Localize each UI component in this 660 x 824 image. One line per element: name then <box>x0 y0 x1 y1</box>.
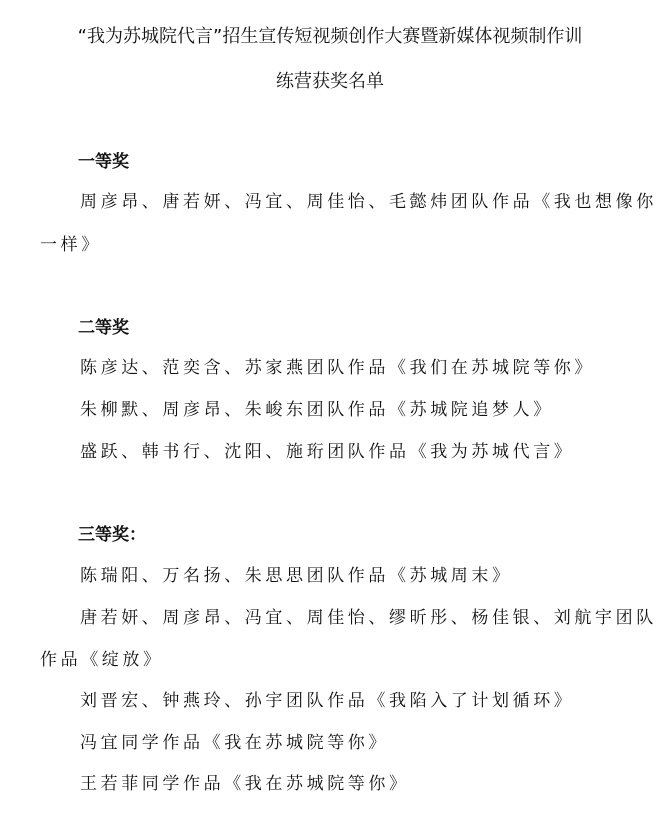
award-entry-continued: 一样》 <box>40 230 102 255</box>
award-entry: 周彦昂、唐若妍、冯宜、周佳怡、毛懿炜团队作品《我也想像你 <box>80 187 657 212</box>
award-entry: 唐若妍、周彦昂、冯宜、周佳怡、缪昕彤、杨佳银、刘航宇团队 <box>80 603 657 628</box>
award-entry: 朱柳默、周彦昂、朱峻东团队作品《苏城院追梦人》 <box>80 395 554 420</box>
section-heading-third-prize: 三等奖： <box>78 520 146 545</box>
award-entry: 陈瑞阳、万名扬、朱思思团队作品《苏城周末》 <box>80 561 513 586</box>
document-title-line-2: 练营获奖名单 <box>0 67 660 93</box>
section-heading-second-prize: 二等奖 <box>78 313 129 338</box>
award-entry: 冯宜同学作品《我在苏城院等你》 <box>80 728 389 753</box>
award-entry: 刘晋宏、钟燕玲、孙宇团队作品《我陷入了计划循环》 <box>80 686 574 711</box>
award-entry-continued: 作品《绽放》 <box>40 645 164 670</box>
document-title-line-1: “我为苏城院代言”招生宣传短视频创作大赛暨新媒体视频制作训 <box>0 22 660 48</box>
award-entry: 盛跃、韩书行、沈阳、施珩团队作品《我为苏城代言》 <box>80 437 574 462</box>
section-heading-first-prize: 一等奖 <box>78 147 129 172</box>
award-entry: 王若菲同学作品《我在苏城院等你》 <box>80 769 410 794</box>
award-entry: 陈彦达、范奕含、苏家燕团队作品《我们在苏城院等你》 <box>80 353 595 378</box>
